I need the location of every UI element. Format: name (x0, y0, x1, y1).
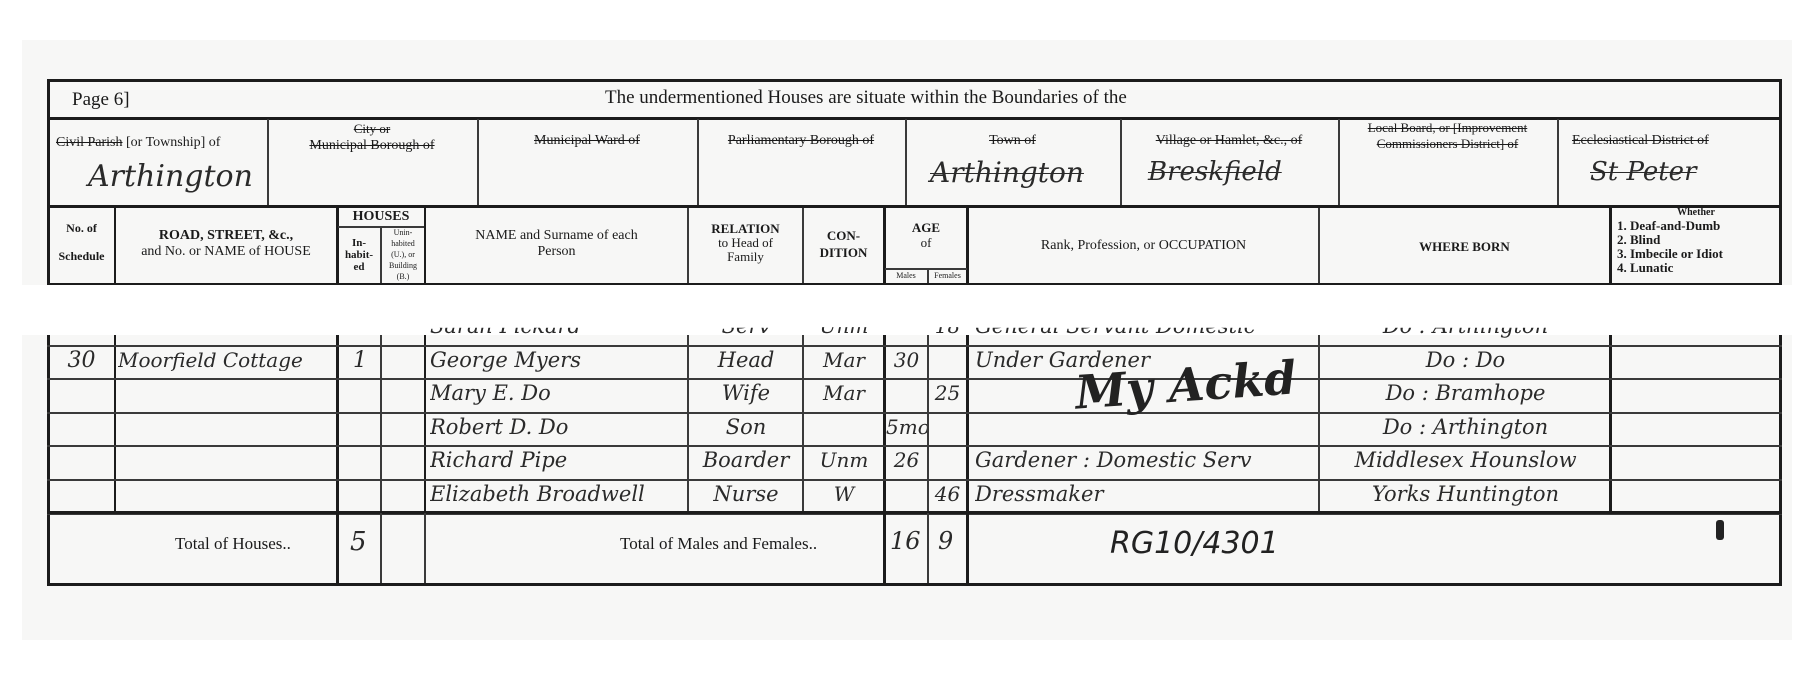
column-rule (114, 335, 116, 511)
cell-male-age: 30 (886, 349, 927, 371)
col-condition-2: DITION (804, 246, 883, 260)
col-road-line1: ROAD, STREET, &c., (116, 228, 336, 243)
col-whether-4: 4. Lunatic (1617, 261, 1673, 275)
cell-schedule: 30 (49, 349, 114, 373)
ink-blot (1716, 520, 1724, 540)
col-schedule-line2: Schedule (49, 250, 114, 263)
boundary-divider (47, 205, 1782, 208)
col-uninhabited-3: (U.), or (382, 251, 424, 260)
col-name-line1: NAME and Surname of each (426, 228, 687, 243)
boundary-ecclesiastical-value: St Peter (1590, 158, 1697, 187)
col-whether-title: Whether (1612, 207, 1780, 218)
column-rule (966, 335, 969, 511)
cell-condition: Mar (805, 382, 883, 404)
cell-relation: Head (690, 349, 802, 372)
col-inhabited-1: In- (338, 237, 380, 249)
cell-where-born: Middlesex Hounslow (1322, 449, 1609, 472)
boundary-town-value: Arthington (930, 158, 1084, 189)
column-rule (336, 335, 339, 511)
cell-name: Mary E. Do (430, 382, 687, 405)
boundary-town-label: Town of (905, 133, 1120, 148)
boundary-village-label: Village or Hamlet, &c., of (1120, 133, 1338, 148)
cell-inhabited: 1 (340, 349, 380, 373)
boundary-city-label: City or (267, 122, 477, 136)
col-inhabited-3: ed (338, 261, 380, 273)
col-condition-1: CON- (804, 229, 883, 243)
frame-top (47, 79, 1782, 82)
cell-name: Richard Pipe (430, 449, 687, 472)
col-uninhabited-2: habited (382, 240, 424, 249)
column-rule (1318, 335, 1320, 511)
cell-male-age: 26 (886, 449, 927, 471)
cell-road: Moorfield Cottage (118, 349, 336, 371)
col-road-line2: and No. or NAME of HOUSE (116, 244, 336, 259)
page-number-value: 6] (114, 89, 130, 110)
cell-occupation: Gardener : Domestic Serv (975, 449, 1318, 472)
page-number: Page 6] (72, 90, 130, 111)
col-houses: HOUSES (338, 209, 424, 224)
cell-condition: W (805, 483, 883, 505)
col-relation-3: Family (689, 250, 802, 264)
boundary-commissioners-label: Commissioners District] of (1338, 137, 1557, 151)
col-uninhabited-5: (B.) (382, 273, 424, 282)
column-rule (1609, 335, 1612, 511)
col-females: Females (929, 272, 966, 281)
total-females-value: 9 (938, 528, 953, 554)
boundary-local-board-label: Local Board, or [Improvement (1338, 121, 1557, 135)
cell-relation: Son (690, 416, 802, 439)
cell-condition: Unm (805, 449, 883, 471)
boundary-municipal-borough-label: Municipal Borough of (267, 138, 477, 153)
cell-where-born: Do : Arthington (1322, 416, 1609, 439)
totals-divider (47, 511, 1782, 514)
boundary-civil-parish-label: Civil Parish [or Township] of (56, 135, 220, 150)
cell-female-age: 46 (929, 483, 966, 505)
col-age-1: AGE (886, 221, 966, 235)
column-rule (802, 335, 804, 511)
col-schedule-line1: No. of (49, 222, 114, 235)
col-where-born: WHERE BORN (1320, 240, 1609, 254)
total-houses-value: 5 (350, 528, 367, 557)
boundary-municipal-ward-label: Municipal Ward of (477, 133, 697, 148)
page-title: The undermentioned Houses are situate wi… (605, 88, 1127, 109)
col-occupation: Rank, Profession, or OCCUPATION (969, 238, 1318, 253)
cell-name: George Myers (430, 349, 687, 372)
cell-name: Elizabeth Broadwell (430, 483, 687, 506)
col-age-2: of (886, 236, 966, 250)
col-uninhabited-1: Unin- (382, 229, 424, 238)
archive-reference: RG10/4301 (1110, 527, 1279, 560)
col-inhabited-2: habit- (338, 249, 380, 261)
total-persons-label: Total of Males and Females.. (620, 535, 817, 554)
cell-relation: Nurse (690, 483, 802, 506)
cell-relation: Boarder (690, 449, 802, 472)
column-rule (424, 335, 426, 511)
cell-relation: Wife (690, 382, 802, 405)
cell-where-born: Do : Do (1322, 349, 1609, 372)
boundary-civil-parish-value: Arthington (88, 160, 253, 193)
frame-bottom (47, 583, 1782, 586)
cell-occupation: Dressmaker (975, 483, 1318, 506)
cell-male-age: 5mo (886, 416, 927, 438)
boundary-village-value: Breskfield (1148, 158, 1282, 187)
col-name-line2: Person (426, 244, 687, 259)
boundary-parliamentary-borough-label: Parliamentary Borough of (697, 133, 905, 148)
cell-name: Robert D. Do (430, 416, 687, 439)
scan-gap (0, 285, 1814, 335)
col-males: Males (885, 272, 927, 281)
total-houses-label: Total of Houses.. (175, 535, 291, 554)
cell-condition: Mar (805, 349, 883, 371)
boundary-ecclesiastical-label: Ecclesiastical District of (1572, 133, 1709, 148)
total-males-value: 16 (890, 528, 921, 554)
cell-where-born: Yorks Huntington (1322, 483, 1609, 506)
page-label: Page (72, 89, 109, 110)
col-uninhabited-4: Building (382, 262, 424, 271)
column-rule (687, 335, 689, 511)
cell-female-age: 25 (929, 382, 966, 404)
column-rule (380, 335, 382, 511)
cell-where-born: Do : Bramhope (1322, 382, 1609, 405)
